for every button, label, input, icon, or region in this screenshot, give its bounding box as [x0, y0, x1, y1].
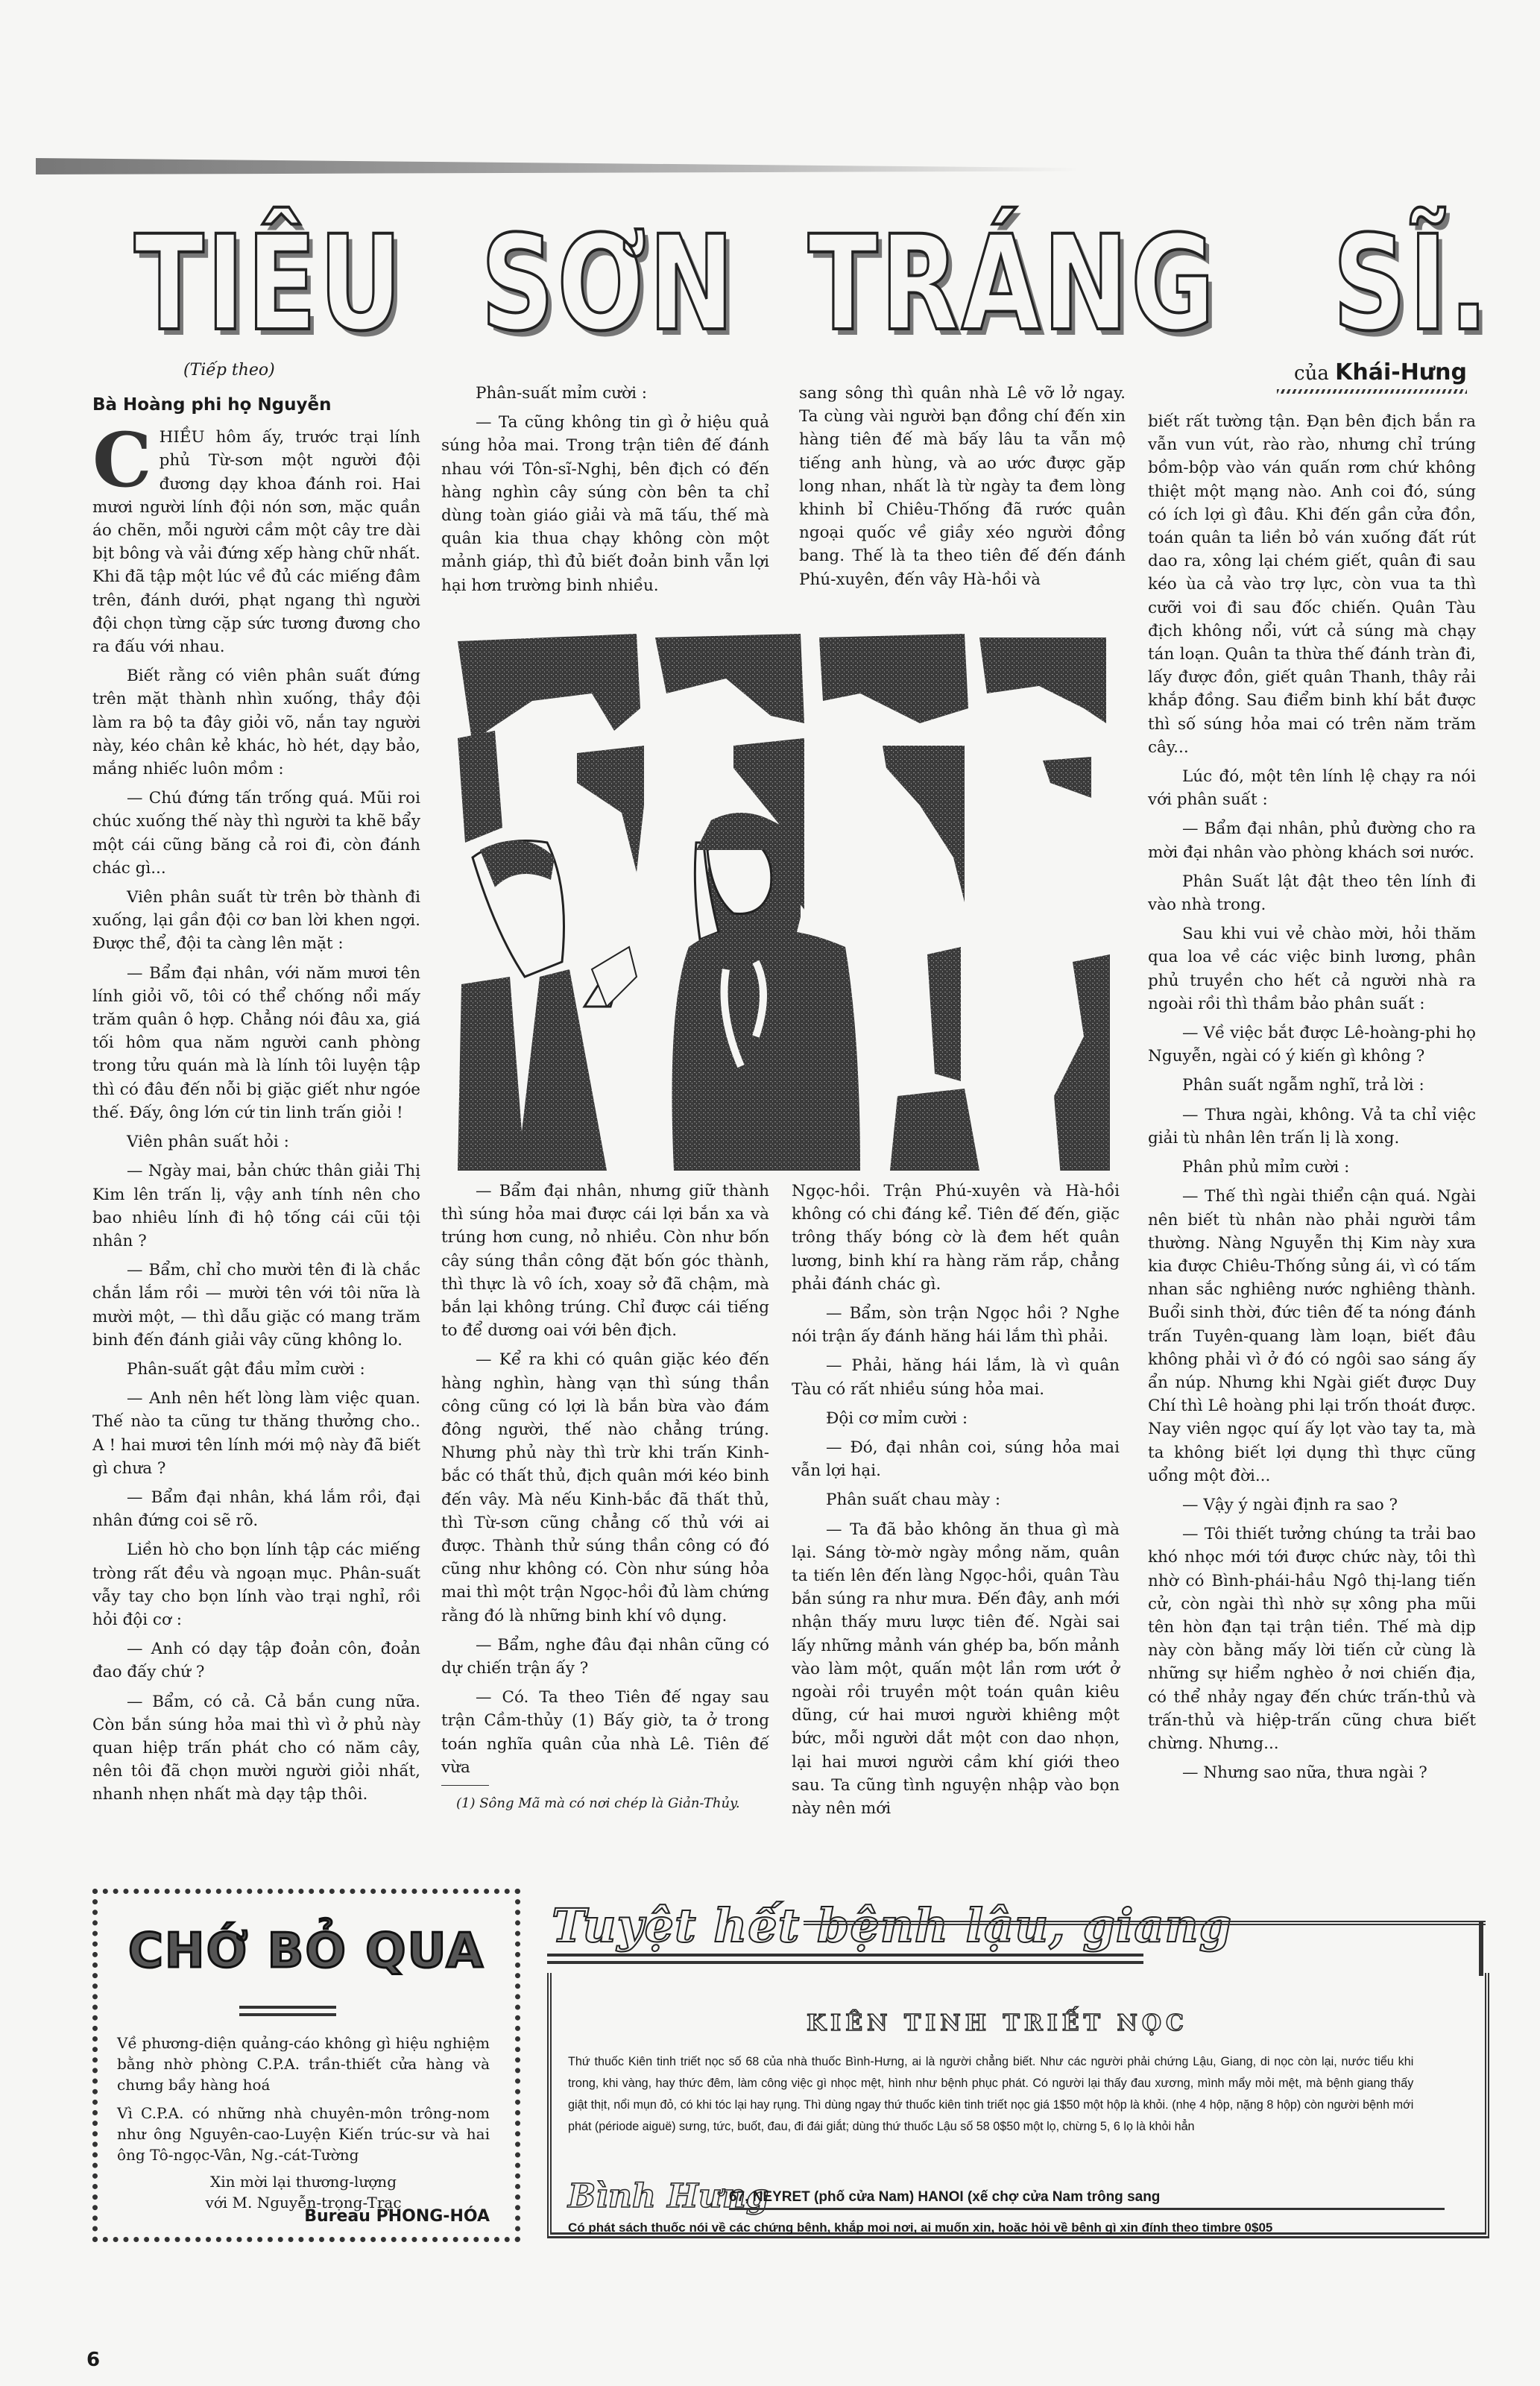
- paragraph: — Ta đã bảo không ăn thua gì mà lại. Sán…: [792, 1518, 1120, 1821]
- paragraph: — Kể ra khi có quân giặc kéo đến hàng ng…: [441, 1348, 769, 1627]
- paragraph: Phân suất chau mày :: [792, 1488, 1120, 1511]
- paragraph: — Anh có dạy tập đoản côn, đoản đao đấy …: [92, 1637, 420, 1684]
- paragraph: — Vậy ý ngài định ra sao ?: [1148, 1493, 1476, 1517]
- ad-slogan-rule: [547, 1954, 1143, 1957]
- continued-label: (Tiếp theo): [183, 361, 275, 380]
- paragraph: — Thế thì ngài thiển cận quá. Ngài nên b…: [1148, 1185, 1476, 1488]
- article-column-2-bottom: — Bẩm đại nhân, nhưng giữ thành thì súng…: [441, 1180, 769, 1815]
- ad-cpa-headline: CHỚ BỎ QUA: [120, 1924, 493, 1979]
- paragraph: Phân phủ mỉm cười :: [1148, 1156, 1476, 1179]
- paragraph: Phân-suất mỉm cười :: [441, 382, 769, 405]
- paragraph: — Anh nên hết lòng làm việc quan. Thế nà…: [92, 1387, 420, 1480]
- paragraph: — Bẩm đại nhân, phủ đường cho ra mời đại…: [1148, 817, 1476, 863]
- paragraph: — Nhưng sao nữa, thưa ngài ?: [1148, 1761, 1476, 1784]
- paragraph: — Bẩm, nghe đâu đại nhân cũng có dự chiế…: [441, 1634, 769, 1680]
- footnote: (1) Sông Mã mà có nơi chép là Giản-Thủy.: [456, 1792, 769, 1815]
- byline: của Khái-Hưng: [1294, 359, 1467, 385]
- ad-product-name: KIÊN TINH TRIẾT NỌC: [625, 2010, 1370, 2036]
- ad-body-text: Thứ thuốc Kiên tinh triết nọc số 68 của …: [568, 2050, 1413, 2137]
- paragraph: Viên phân suất từ trên bờ thành đi xuống…: [92, 886, 420, 956]
- byline-underline: [1277, 389, 1467, 394]
- ad-binh-hung: Tuyệt hết bệnh lậu, giang KIÊN TINH TRIẾ…: [543, 1879, 1488, 2237]
- paragraph: — Bẩm đại nhân, khá lắm rồi, đại nhân đứ…: [92, 1486, 420, 1532]
- paragraph: — Đó, đại nhân coi, súng hỏa mai vẫn lợi…: [792, 1436, 1120, 1482]
- paragraph: Phân suất ngẫm nghĩ, trả lời :: [1148, 1074, 1476, 1097]
- paragraph: — Tôi thiết tưởng chúng ta trải bao khó …: [1148, 1523, 1476, 1755]
- byline-prefix: của: [1294, 362, 1329, 385]
- paragraph: — Bẩm đại nhân, với năm mươi tên lính gi…: [92, 962, 420, 1124]
- ad-cpa-rule: [239, 2006, 336, 2009]
- paragraph: — Ta cũng không tin gì ở hiệu quả súng h…: [441, 411, 769, 597]
- title-word: SƠN: [481, 207, 736, 360]
- ad-cpa-signature: Bureau PHONG-HÓA: [304, 2207, 490, 2226]
- paragraph: Liền hò cho bọn lính tập các miếng tròng…: [92, 1538, 420, 1631]
- paragraph: — Phải, hăng hái lắm, là vì quân Tàu có …: [792, 1354, 1120, 1400]
- article-column-2-top: Phân-suất mỉm cười : — Ta cũng không tin…: [441, 382, 769, 603]
- article-title: TIÊU SƠN TRÁNG SĨ.: [134, 224, 1476, 343]
- paragraph: Sau khi vui vẻ chào mời, hỏi thăm qua lo…: [1148, 922, 1476, 1016]
- paragraph: Lúc đó, một tên lính lệ chạy ra nói với …: [1148, 765, 1476, 811]
- top-decorative-rule: [36, 158, 1079, 174]
- article-column-3-top: sang sông thì quân nhà Lê vỡ lở ngay. Ta…: [799, 382, 1126, 597]
- paragraph: Đội cơ mỉm cười :: [792, 1407, 1120, 1430]
- paragraph: Biết rằng có viên phân suất đứng trên mặ…: [92, 664, 420, 781]
- ad-cpa-para1: Về phương-diện quảng-cáo không gì hiệu n…: [117, 2033, 490, 2095]
- title-word: TIÊU: [134, 207, 404, 360]
- article-column-1: Bà Hoàng phi họ Nguyễn CHIỀU hôm ấy, trư…: [92, 394, 420, 1813]
- paragraph: Phân-suất gật đầu mỉm cười :: [92, 1358, 420, 1381]
- ad-address: 67, NEYRET (phố cửa Nam) HANOI (xế chợ c…: [729, 2189, 1445, 2210]
- paragraph: sang sông thì quân nhà Lê vỡ lở ngay. Ta…: [799, 382, 1126, 591]
- ad-slogan-rule: [547, 1961, 1143, 1964]
- paragraph: — Thưa ngài, không. Vả ta chỉ việc giải …: [1148, 1104, 1476, 1150]
- title-word: SĨ.: [1333, 207, 1490, 360]
- article-column-4: biết rất tường tận. Đạn bên địch bắn ra …: [1148, 410, 1476, 1790]
- paragraph: Ngọc-hồi. Trận Phú-xuyên và Hà-hồi không…: [792, 1180, 1120, 1296]
- paragraph: — Bẩm, chỉ cho mười tên đi là chắc chắn …: [92, 1259, 420, 1352]
- paragraph: CHIỀU hôm ấy, trước trại lính phủ Từ-sơn…: [92, 426, 420, 658]
- ad-frame-corner: [1479, 1921, 1483, 1976]
- ad-footer: Có phát sách thuốc nói về các chứng bệnh…: [568, 2220, 1272, 2235]
- paragraph: — Về việc bắt được Lê-hoàng-phi họ Nguyễ…: [1148, 1022, 1476, 1068]
- page-number: 6: [86, 2349, 100, 2371]
- ad-cpa: CHỚ BỎ QUA Về phương-diện quảng-cáo khôn…: [92, 1889, 520, 2242]
- article-column-3-bottom: Ngọc-hồi. Trận Phú-xuyên và Hà-hồi không…: [792, 1180, 1120, 1826]
- drop-cap: C: [92, 430, 152, 490]
- ad-cpa-para2: Vì C.P.A. có những nhà chuyên-môn trông-…: [117, 2103, 490, 2165]
- footnote-rule: [441, 1785, 489, 1786]
- paragraph: — Bẩm, sòn trận Ngọc hồi ? Nghe nói trận…: [792, 1302, 1120, 1348]
- title-word: TRÁNG: [808, 207, 1217, 360]
- paragraph: Viên phân suất hỏi :: [92, 1130, 420, 1153]
- ad-cpa-rule: [239, 2013, 336, 2016]
- paragraph: biết rất tường tận. Đạn bên địch bắn ra …: [1148, 410, 1476, 759]
- paragraph: — Bẩm, có cả. Cả bắn cung nữa. Còn bắn s…: [92, 1690, 420, 1807]
- paragraph: Phân Suất lật đật theo tên lính đi vào n…: [1148, 870, 1476, 916]
- woodcut-illustration: [443, 619, 1114, 1171]
- author-name: Khái-Hưng: [1335, 359, 1467, 385]
- ad-frame-top: [804, 1921, 1486, 1930]
- chapter-title: Bà Hoàng phi họ Nguyễn: [92, 394, 420, 417]
- paragraph: — Ngày mai, bản chức thân giải Thị Kim l…: [92, 1159, 420, 1253]
- paragraph: — Bẩm đại nhân, nhưng giữ thành thì súng…: [441, 1180, 769, 1342]
- paragraph: — Chú đứng tấn trống quá. Mũi roi chúc x…: [92, 787, 420, 880]
- paragraph: — Có. Ta theo Tiên đế ngay sau trận Cầm-…: [441, 1686, 769, 1779]
